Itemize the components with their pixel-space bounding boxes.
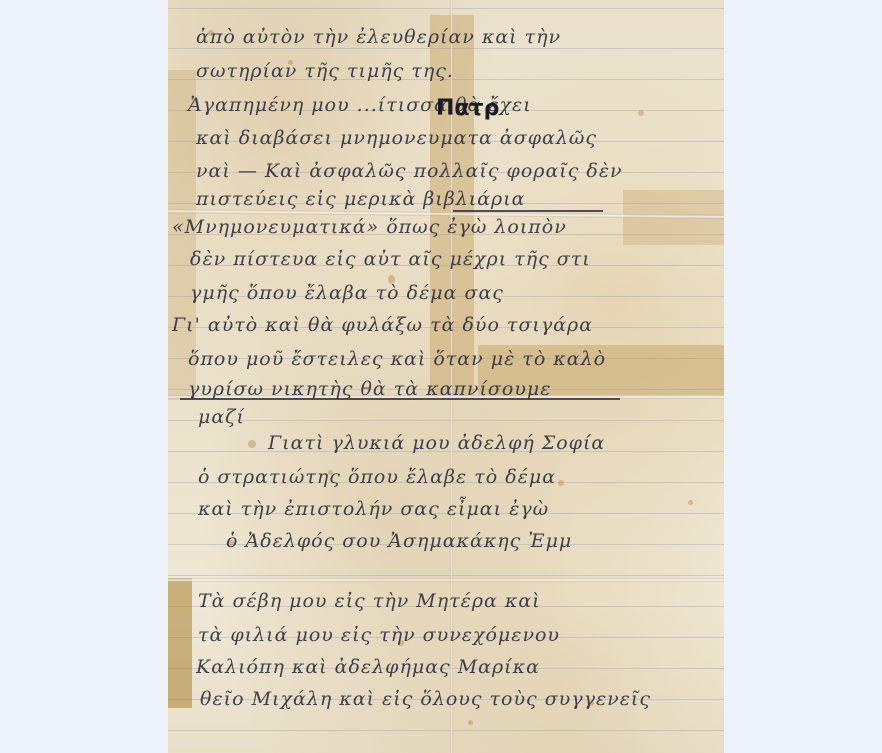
letter-line: ἀπὸ αὐτὸν τὴν ἐλευθερίαν καὶ τὴν (196, 26, 561, 48)
letter-line: θεῖο Μιχάλη καὶ εἰς ὅλους τοὺς συγγενεῖς (200, 688, 651, 710)
letter-line: καὶ τὴν ἐπιστολήν σας εἶμαι ἐγὼ (198, 498, 549, 520)
letter-line: γυρίσω νικητὴς θὰ τὰ καπνίσουμε (188, 378, 551, 400)
letter-line: καὶ διαβάσει μνημονευματα ἀσφαλῶς (196, 127, 597, 149)
letter-line: ὁ Ἀδελφός σου Ἀσημακάκης Ἐμμ (226, 530, 572, 552)
letter-line: μαζί (198, 406, 245, 428)
letter-page: ἀπὸ αὐτὸν τὴν ἐλευθερίαν καὶ τὴν σωτηρία… (168, 0, 724, 753)
stamp-text: Πατρ (436, 96, 499, 121)
letter-line: Τὰ σέβη μου εἰς τὴν Μητέρα καὶ (198, 590, 541, 612)
letter-line: σωτηρίαν τῆς τιμῆς της. (196, 60, 454, 82)
letter-line: Γιατὶ γλυκιά μου ἀδελφή Σοφία (268, 432, 605, 454)
letter-line: Γι' αὐτὸ καὶ θὰ φυλάξω τὰ δύο τσιγάρα (172, 314, 593, 336)
underline-stroke (180, 398, 620, 400)
letter-line: δὲν πίστευα εἰς αὐτ αῖς μέχρι τῆς στι (190, 248, 591, 270)
letter-line: ὅπου μοῦ ἔστειλες καὶ ὅταν μὲ τὸ καλὸ (188, 348, 606, 370)
underline-stroke (453, 210, 603, 212)
letter-line: τὰ φιλιά μου εἰς τὴν συνεχόμενου (198, 624, 560, 646)
letter-line: ὁ στρατιώτης ὅπου ἔλαβε τὸ δέμα (198, 466, 556, 488)
letter-line: γμῆς ὅπου ἔλαβα τὸ δέμα σας (190, 282, 504, 304)
image-viewer: ἀπὸ αὐτὸν τὴν ἐλευθερίαν καὶ τὴν σωτηρία… (0, 0, 882, 753)
letter-line: «Μνημονευματικά» ὅπως ἐγὼ λοιπὸν (172, 216, 567, 238)
letter-line: ναὶ — Καὶ ἀσφαλῶς πολλαῖς φοραῖς δὲν (196, 160, 623, 182)
letter-line: Καλιόπη καὶ ἀδελφήμας Μαρίκα (196, 656, 540, 678)
letter-line: πιστεύεις εἰς μερικὰ βιβλιάρια (196, 188, 526, 210)
